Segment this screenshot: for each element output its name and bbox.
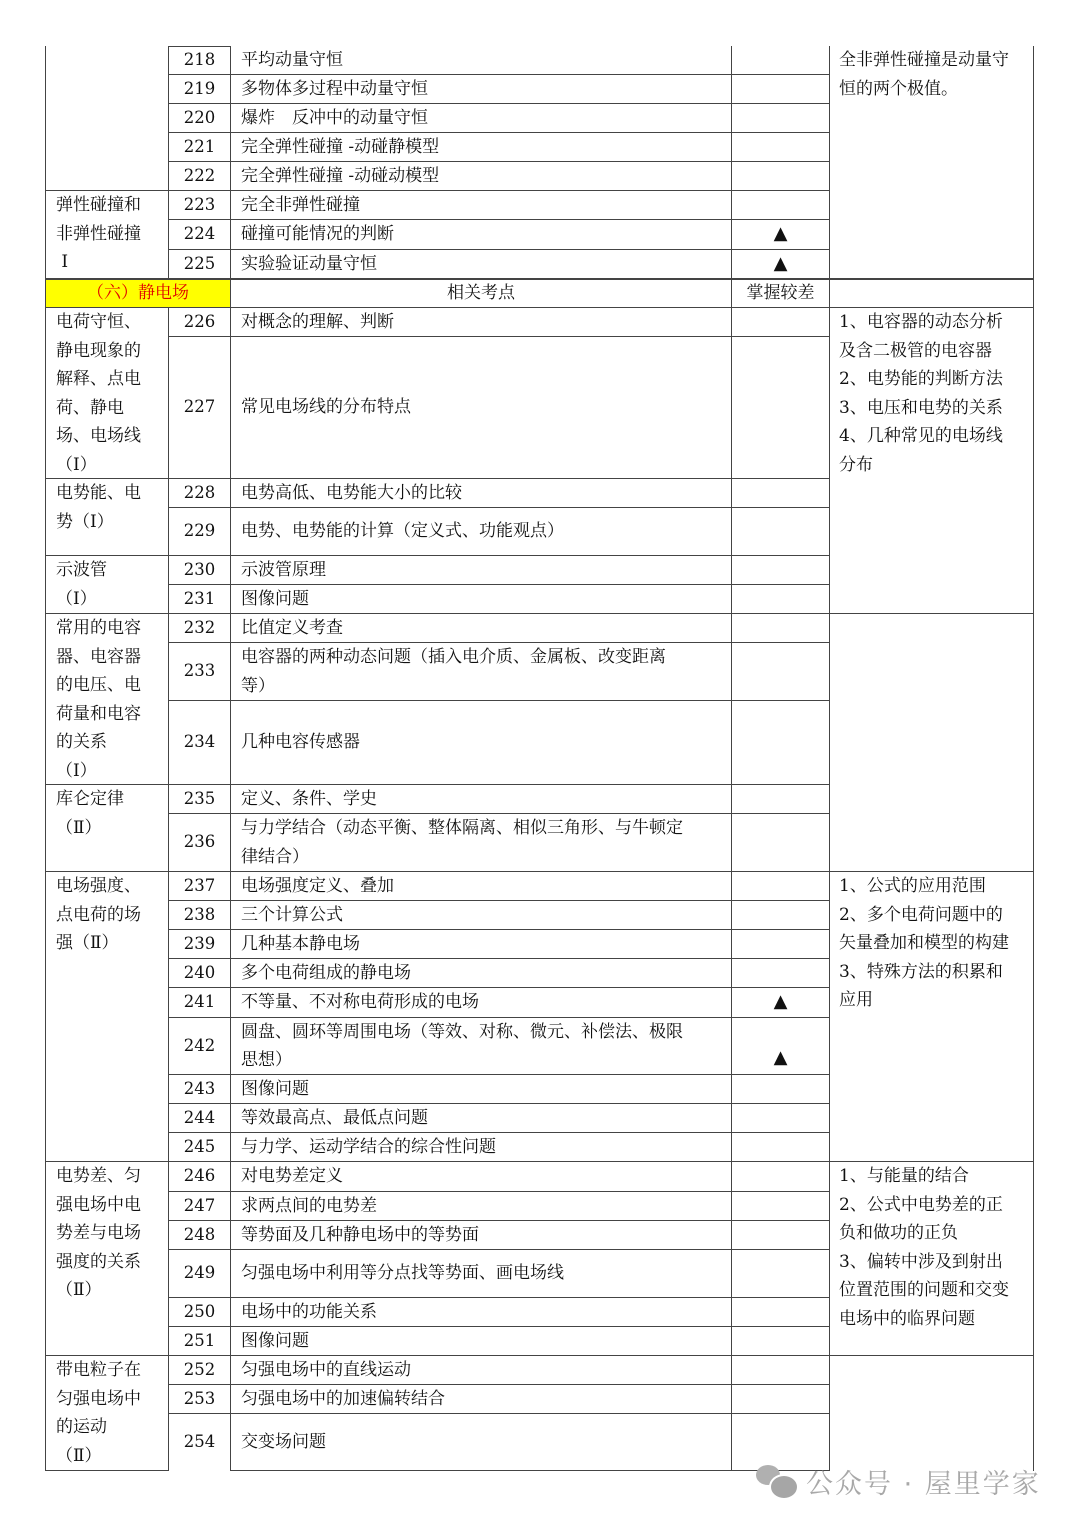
row-topic: 对电势差定义 (230, 1162, 731, 1192)
column-header-weak: 掌握较差 (731, 279, 829, 308)
remark-cell: 1、与能量的结合 2、公式中电势差的正 负和做功的正负 3、偏转中涉及到射出 位… (829, 1162, 1034, 1356)
row-number: 228 (168, 479, 230, 508)
row-topic: 完全非弹性碰撞 (230, 191, 731, 220)
row-number: 221 (168, 133, 230, 162)
category-cell: 电场强度、 点电荷的场 强（Ⅱ） (45, 872, 168, 1162)
row-number: 224 (168, 220, 230, 250)
row-number: 220 (168, 104, 230, 133)
row-number: 248 (168, 1221, 230, 1250)
row-mark (731, 1104, 829, 1133)
row-topic: 与力学结合（动态平衡、整体隔离、相似三角形、与牛顿定 律结合） (230, 814, 731, 872)
row-mark (731, 814, 829, 872)
row-topic: 不等量、不对称电荷形成的电场 (230, 988, 731, 1018)
row-mark (731, 643, 829, 701)
row-topic: 电势、电势能的计算（定义式、功能观点） (230, 508, 731, 556)
row-topic: 三个计算公式 (230, 901, 731, 930)
row-number: 231 (168, 585, 230, 614)
row-topic: 交变场问题 (230, 1414, 731, 1471)
row-number: 238 (168, 901, 230, 930)
wechat-icon (756, 1465, 798, 1499)
row-topic: 碰撞可能情况的判断 (230, 220, 731, 250)
row-topic: 电势高低、电势能大小的比较 (230, 479, 731, 508)
row-topic: 电场中的功能关系 (230, 1298, 731, 1327)
category-cell: 弹性碰撞和 非弹性碰撞 Ⅰ (45, 191, 168, 279)
row-number: 223 (168, 191, 230, 220)
row-number: 240 (168, 959, 230, 988)
row-number: 242 (168, 1018, 230, 1075)
row-topic: 多物体多过程中动量守恒 (230, 75, 731, 104)
row-topic: 求两点间的电势差 (230, 1192, 731, 1221)
row-topic: 定义、条件、学史 (230, 785, 731, 814)
row-topic: 爆炸 反冲中的动量守恒 (230, 104, 731, 133)
row-mark (731, 872, 829, 901)
row-topic: 匀强电场中的直线运动 (230, 1356, 731, 1385)
category-cell: 带电粒子在 匀强电场中 的运动 （Ⅱ） (45, 1356, 168, 1471)
row-topic: 比值定义考查 (230, 614, 731, 643)
row-number: 232 (168, 614, 230, 643)
row-topic: 示波管原理 (230, 556, 731, 585)
row-mark (731, 162, 829, 191)
category-cell: 电势差、匀 强电场中电 势差与电场 强度的关系 （Ⅱ） (45, 1162, 168, 1356)
row-mark (731, 337, 829, 479)
row-topic: 电场强度定义、叠加 (230, 872, 731, 901)
row-mark (731, 901, 829, 930)
row-topic: 等势面及几种静电场中的等势面 (230, 1221, 731, 1250)
row-mark (731, 1162, 829, 1192)
row-topic: 实验验证动量守恒 (230, 250, 731, 279)
category-cell: 常用的电容 器、电容器 的电压、电 荷量和电容 的关系 （Ⅰ） (45, 614, 168, 785)
row-number: 245 (168, 1133, 230, 1162)
row-topic: 平均动量守恒 (230, 46, 731, 75)
category-cell (45, 46, 168, 191)
row-mark (731, 785, 829, 814)
weak-mark-icon: ▲ (731, 250, 829, 279)
remark-cell (829, 1356, 1034, 1471)
column-header-remark (829, 279, 1034, 308)
row-number: 235 (168, 785, 230, 814)
row-number: 234 (168, 701, 230, 785)
row-mark (731, 930, 829, 959)
row-topic: 匀强电场中的加速偏转结合 (230, 1385, 731, 1414)
row-number: 249 (168, 1250, 230, 1298)
row-number: 254 (168, 1414, 230, 1471)
row-mark (731, 701, 829, 785)
category-cell: 电荷守恒、 静电现象的 解释、点电 荷、静电 场、电场线 （Ⅰ） (45, 308, 168, 479)
category-cell: 示波管 （Ⅰ） (45, 556, 168, 614)
row-number: 246 (168, 1162, 230, 1192)
row-number: 219 (168, 75, 230, 104)
row-mark (731, 104, 829, 133)
row-mark (731, 479, 829, 508)
row-number: 236 (168, 814, 230, 872)
row-topic: 几种电容传感器 (230, 701, 731, 785)
row-number: 247 (168, 1192, 230, 1221)
row-mark (731, 1356, 829, 1385)
section-title: （六）静电场 (45, 279, 230, 308)
row-mark (731, 556, 829, 585)
row-number: 225 (168, 250, 230, 279)
row-topic: 圆盘、圆环等周围电场（等效、对称、微元、补偿法、极限 思想） (230, 1018, 731, 1075)
row-number: 227 (168, 337, 230, 479)
row-number: 251 (168, 1327, 230, 1356)
row-topic: 等效最高点、最低点问题 (230, 1104, 731, 1133)
row-number: 244 (168, 1104, 230, 1133)
remark-cell: 1、电容器的动态分析 及含二极管的电容器 2、电势能的判断方法 3、电压和电势的… (829, 308, 1034, 614)
row-mark (731, 46, 829, 75)
watermark-text: 公众号 · 屋里学家 (806, 1462, 1041, 1501)
row-topic: 图像问题 (230, 585, 731, 614)
row-topic: 图像问题 (230, 1075, 731, 1104)
weak-mark-icon: ▲ (731, 1018, 829, 1075)
row-mark (731, 1192, 829, 1221)
row-number: 233 (168, 643, 230, 701)
weak-mark-icon: ▲ (731, 220, 829, 250)
row-topic: 完全弹性碰撞 -动碰动模型 (230, 162, 731, 191)
watermark: 公众号 · 屋里学家 (756, 1462, 1041, 1501)
row-mark (731, 959, 829, 988)
row-mark (731, 1250, 829, 1298)
row-topic: 完全弹性碰撞 -动碰静模型 (230, 133, 731, 162)
row-number: 252 (168, 1356, 230, 1385)
row-mark (731, 508, 829, 556)
row-topic: 图像问题 (230, 1327, 731, 1356)
row-number: 218 (168, 46, 230, 75)
row-mark (731, 1385, 829, 1414)
row-number: 239 (168, 930, 230, 959)
row-mark (731, 308, 829, 337)
row-topic: 对概念的理解、判断 (230, 308, 731, 337)
row-mark (731, 614, 829, 643)
row-topic: 匀强电场中利用等分点找等势面、画电场线 (230, 1250, 731, 1298)
row-mark (731, 133, 829, 162)
row-topic: 几种基本静电场 (230, 930, 731, 959)
row-number: 229 (168, 508, 230, 556)
row-number: 226 (168, 308, 230, 337)
row-mark (731, 1221, 829, 1250)
remark-cell: 1、公式的应用范围 2、多个电荷问题中的 矢量叠加和模型的构建 3、特殊方法的积… (829, 872, 1034, 1162)
row-mark (731, 1327, 829, 1356)
document-page: 218平均动量守恒219多物体多过程中动量守恒220爆炸 反冲中的动量守恒221… (0, 0, 1080, 1526)
weak-mark-icon: ▲ (731, 988, 829, 1018)
row-mark (731, 585, 829, 614)
row-number: 230 (168, 556, 230, 585)
row-number: 250 (168, 1298, 230, 1327)
category-cell: 电势能、电 势（Ⅰ） (45, 479, 168, 556)
row-topic: 多个电荷组成的静电场 (230, 959, 731, 988)
category-cell: 库仑定律 （Ⅱ） (45, 785, 168, 872)
remark-cell (829, 614, 1034, 872)
row-number: 222 (168, 162, 230, 191)
remark-cell: 全非弹性碰撞是动量守 恒的两个极值。 (829, 46, 1034, 279)
row-number: 237 (168, 872, 230, 901)
row-topic: 常见电场线的分布特点 (230, 337, 731, 479)
row-topic: 电容器的两种动态问题（插入电介质、金属板、改变距离 等） (230, 643, 731, 701)
row-number: 253 (168, 1385, 230, 1414)
row-topic: 与力学、运动学结合的综合性问题 (230, 1133, 731, 1162)
row-mark (731, 1298, 829, 1327)
row-mark (731, 1075, 829, 1104)
column-header-topic: 相关考点 (230, 279, 731, 308)
row-number: 243 (168, 1075, 230, 1104)
row-mark (731, 191, 829, 220)
row-mark (731, 75, 829, 104)
row-mark (731, 1133, 829, 1162)
row-number: 241 (168, 988, 230, 1018)
